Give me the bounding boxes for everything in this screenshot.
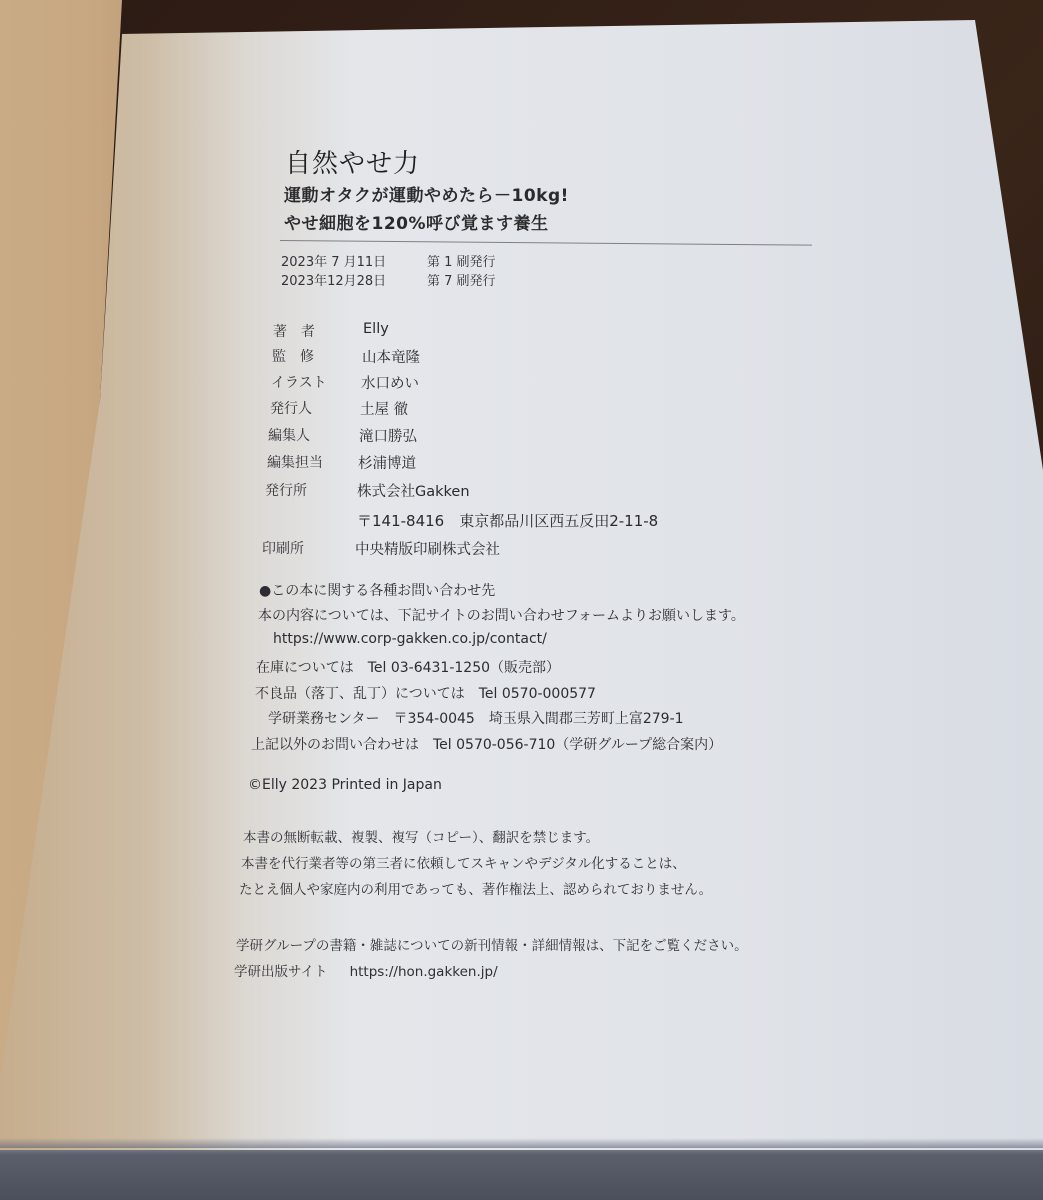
- credit-value-editor: 滝口勝弘: [359, 425, 417, 446]
- title-divider: [280, 240, 812, 246]
- legal-line-1: 本書の無断転載、複製、複写（コピー）、翻訳を禁じます。: [243, 826, 599, 846]
- legal-line-2: 本書を代行業者等の第三者に依頼してスキャンやデジタル化することは、: [241, 852, 686, 872]
- group-site-line: 学研出版サイトhttps://hon.gakken.jp/: [234, 960, 498, 980]
- credit-label-publishing-house: 発行所: [265, 480, 307, 500]
- copyright-line: ©Elly 2023 Printed in Japan: [248, 777, 442, 793]
- photo-scene: 自然やせ力 運動オタクが運動やめたら－10kg! やせ細胞を120%呼び覚ます養…: [0, 0, 1043, 1200]
- inquiries-heading: ●この本に関する各種お問い合わせ先: [259, 580, 495, 600]
- credit-value-author: Elly: [363, 321, 389, 337]
- book-title: 自然やせ力: [285, 143, 420, 180]
- credit-label-printer: 印刷所: [262, 538, 304, 558]
- credit-label-supervisor: 監 修: [272, 346, 314, 366]
- legal-line-3: たとえ個人や家庭内の利用であっても、著作権法上、認められておりません。: [239, 878, 712, 898]
- inquiries-other-line: 上記以外のお問い合わせは Tel 0570-056-710（学研グループ総合案内…: [251, 734, 722, 754]
- printing-edition: 第 7 刷発行: [427, 274, 496, 289]
- group-site-label: 学研出版サイト: [234, 964, 328, 980]
- credit-label-editor-in-charge: 編集担当: [267, 452, 323, 472]
- credit-value-publisher: 土屋 徹: [360, 398, 408, 419]
- group-site-url-link[interactable]: https://hon.gakken.jp/: [350, 964, 498, 980]
- credit-value-publishing-house: 株式会社Gakken: [357, 480, 470, 501]
- book-subtitle-line-1: 運動オタクが運動やめたら－10kg!: [284, 181, 569, 206]
- credit-label-publisher: 発行人: [270, 398, 312, 418]
- publisher-address: 〒141-8416 東京都品川区西五反田2-11-8: [357, 510, 658, 531]
- printing-latest: 2023年12月28日第 7 刷発行: [281, 270, 496, 289]
- book-subtitle-line-2: やせ細胞を120%呼び覚ます養生: [284, 209, 549, 234]
- printing-date: 2023年12月28日: [281, 270, 427, 289]
- colophon-content: 自然やせ力 運動オタクが運動やめたら－10kg! やせ細胞を120%呼び覚ます養…: [0, 0, 1043, 1200]
- printing-edition: 第 1 刷発行: [427, 255, 496, 270]
- credit-label-author: 著 者: [273, 321, 315, 341]
- credit-value-printer: 中央精版印刷株式会社: [355, 538, 500, 559]
- printing-date: 2023年 7 月11日: [281, 251, 427, 270]
- credit-value-illustration: 水口めい: [361, 372, 419, 393]
- inquiries-defect-line: 不良品（落丁、乱丁）については Tel 0570-000577: [255, 683, 596, 703]
- contact-url-link[interactable]: https://www.corp-gakken.co.jp/contact/: [273, 631, 547, 647]
- credit-value-editor-in-charge: 杉浦博道: [358, 452, 416, 473]
- credit-label-editor: 編集人: [268, 425, 310, 445]
- printing-first: 2023年 7 月11日第 1 刷発行: [281, 251, 496, 270]
- inquiries-content-line: 本の内容については、下記サイトのお問い合わせフォームよりお願いします。: [258, 605, 745, 625]
- inquiries-center-line: 学研業務センター 〒354-0045 埼玉県入間郡三芳町上富279-1: [268, 708, 684, 728]
- credit-value-supervisor: 山本竜隆: [362, 346, 420, 367]
- inquiries-stock-line: 在庫については Tel 03-6431-1250（販売部）: [256, 657, 560, 677]
- credit-label-illustration: イラスト: [271, 372, 327, 392]
- group-info-line: 学研グループの書籍・雑誌についての新刊情報・詳細情報は、下記をご覧ください。: [236, 934, 748, 954]
